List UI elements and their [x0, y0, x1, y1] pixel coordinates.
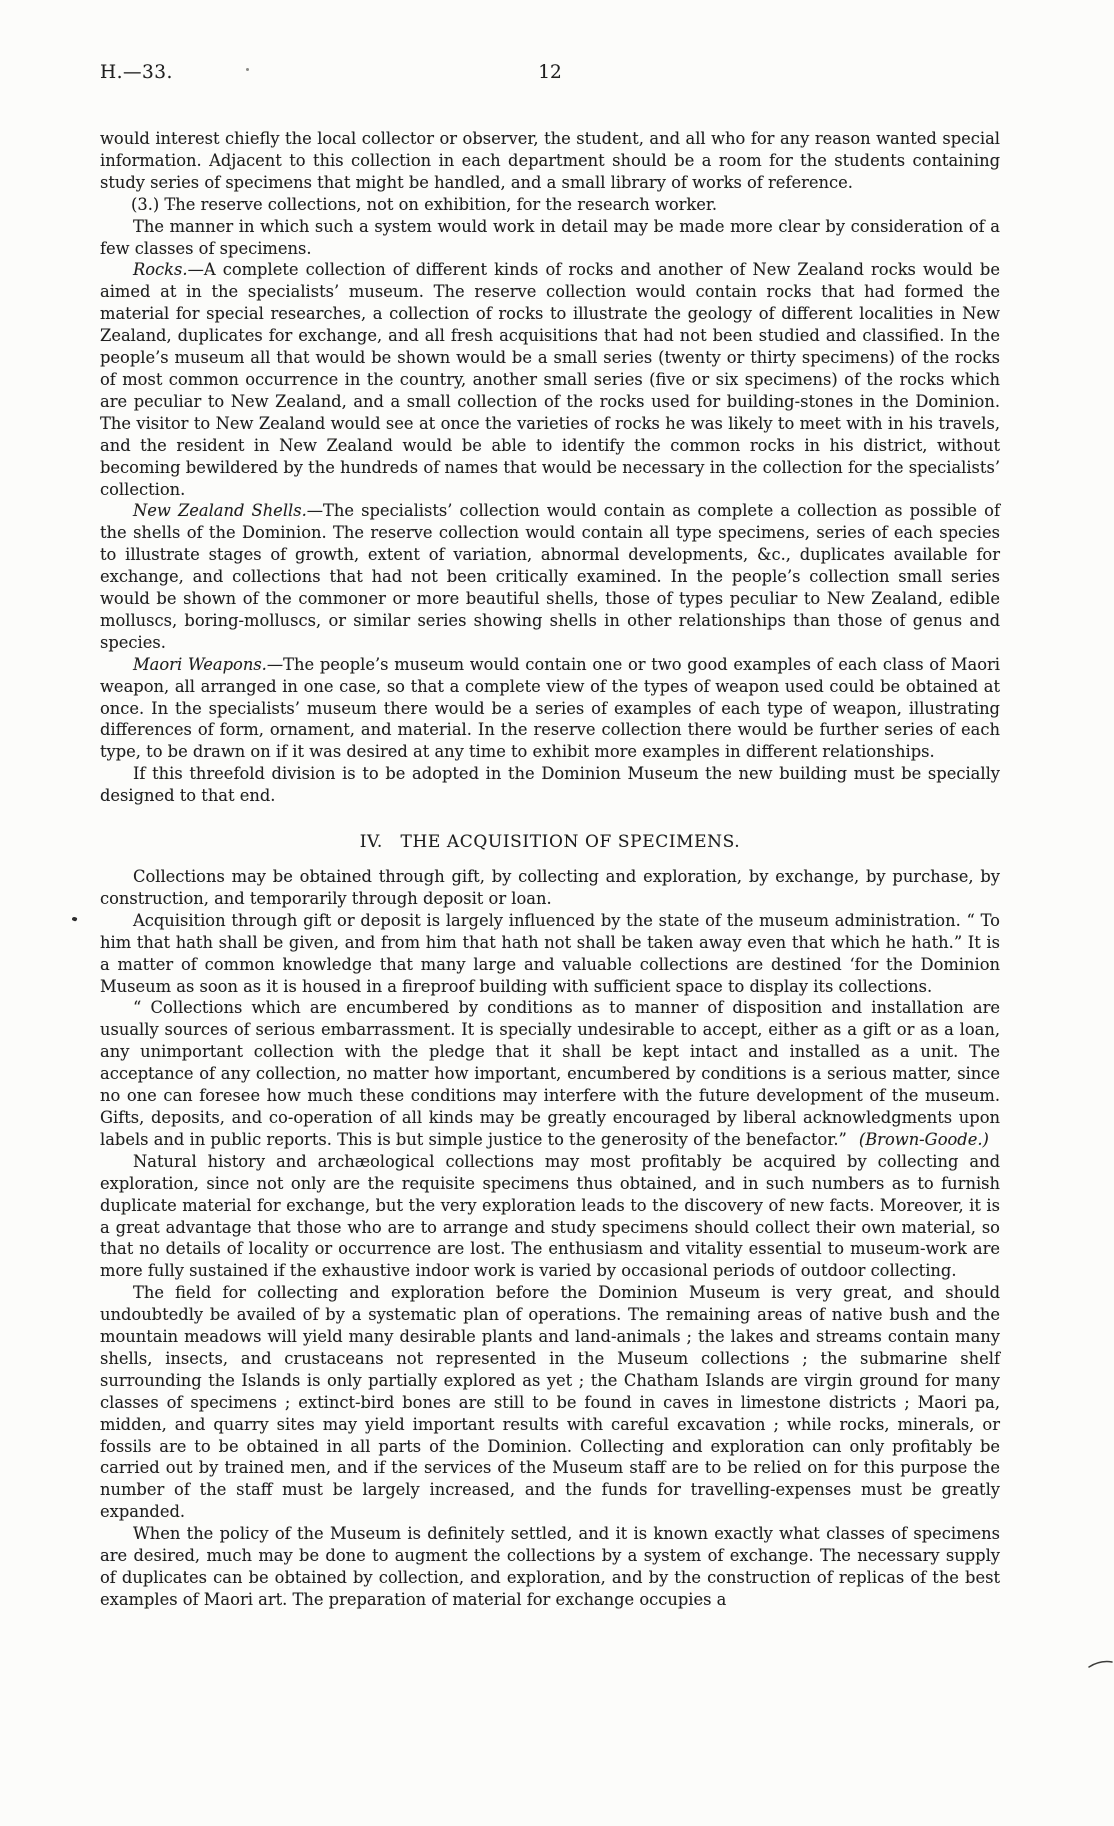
quote-attribution: (Brown-Goode.): [859, 1130, 989, 1149]
page-number: 12: [100, 62, 1000, 83]
paragraph-lead-maori-weapons: Maori Weapons.—: [133, 655, 283, 674]
section-heading-iv: IV. THE ACQUISITION OF SPECIMENS.: [100, 832, 1000, 854]
ink-dot: [71, 916, 77, 921]
paragraph-text: A complete collection of different kinds…: [100, 260, 1000, 498]
text-column: would interest chiefly the local collect…: [100, 128, 1000, 1611]
paragraph-field-for-collecting: The field for collecting and exploration…: [100, 1282, 1000, 1523]
paragraph-text: Acquisition through gift or deposit is l…: [100, 911, 1000, 996]
paragraph-policy-exchange: When the policy of the Museum is definit…: [100, 1523, 1000, 1611]
paragraph-nz-shells: New Zealand Shells.—The specialists’ col…: [100, 500, 1000, 653]
paragraph-threefold: If this threefold division is to be adop…: [100, 763, 1000, 807]
document-page: H.—33. 12 would interest chiefly the loc…: [0, 0, 1114, 1826]
paragraph-manner: The manner in which such a system would …: [100, 216, 1000, 260]
paragraph-collections-obtained: Collections may be obtained through gift…: [100, 866, 1000, 910]
scan-speck: [246, 68, 249, 71]
paragraph-lead-nz-shells: New Zealand Shells.—: [133, 501, 323, 520]
quote-continuation-paragraph: would interest chiefly the local collect…: [100, 128, 1000, 194]
list-item-3: (3.) The reserve collections, not on exh…: [100, 194, 1000, 216]
paragraph-maori-weapons: Maori Weapons.—The people’s museum would…: [100, 654, 1000, 764]
paragraph-natural-history: Natural history and archæological collec…: [100, 1151, 1000, 1282]
paragraph-lead-rocks: Rocks.—: [133, 260, 204, 279]
paragraph-rocks: Rocks.—A complete collection of differen…: [100, 259, 1000, 500]
paragraph-encumbered-quote: “ Collections which are encumbered by co…: [100, 997, 1000, 1150]
stray-pen-mark: [1088, 1657, 1114, 1671]
paragraph-text: “ Collections which are encumbered by co…: [100, 998, 1000, 1148]
paragraph-text: The specialists’ collection would contai…: [100, 501, 1000, 651]
paragraph-acquisition-gift: Acquisition through gift or deposit is l…: [100, 910, 1000, 998]
